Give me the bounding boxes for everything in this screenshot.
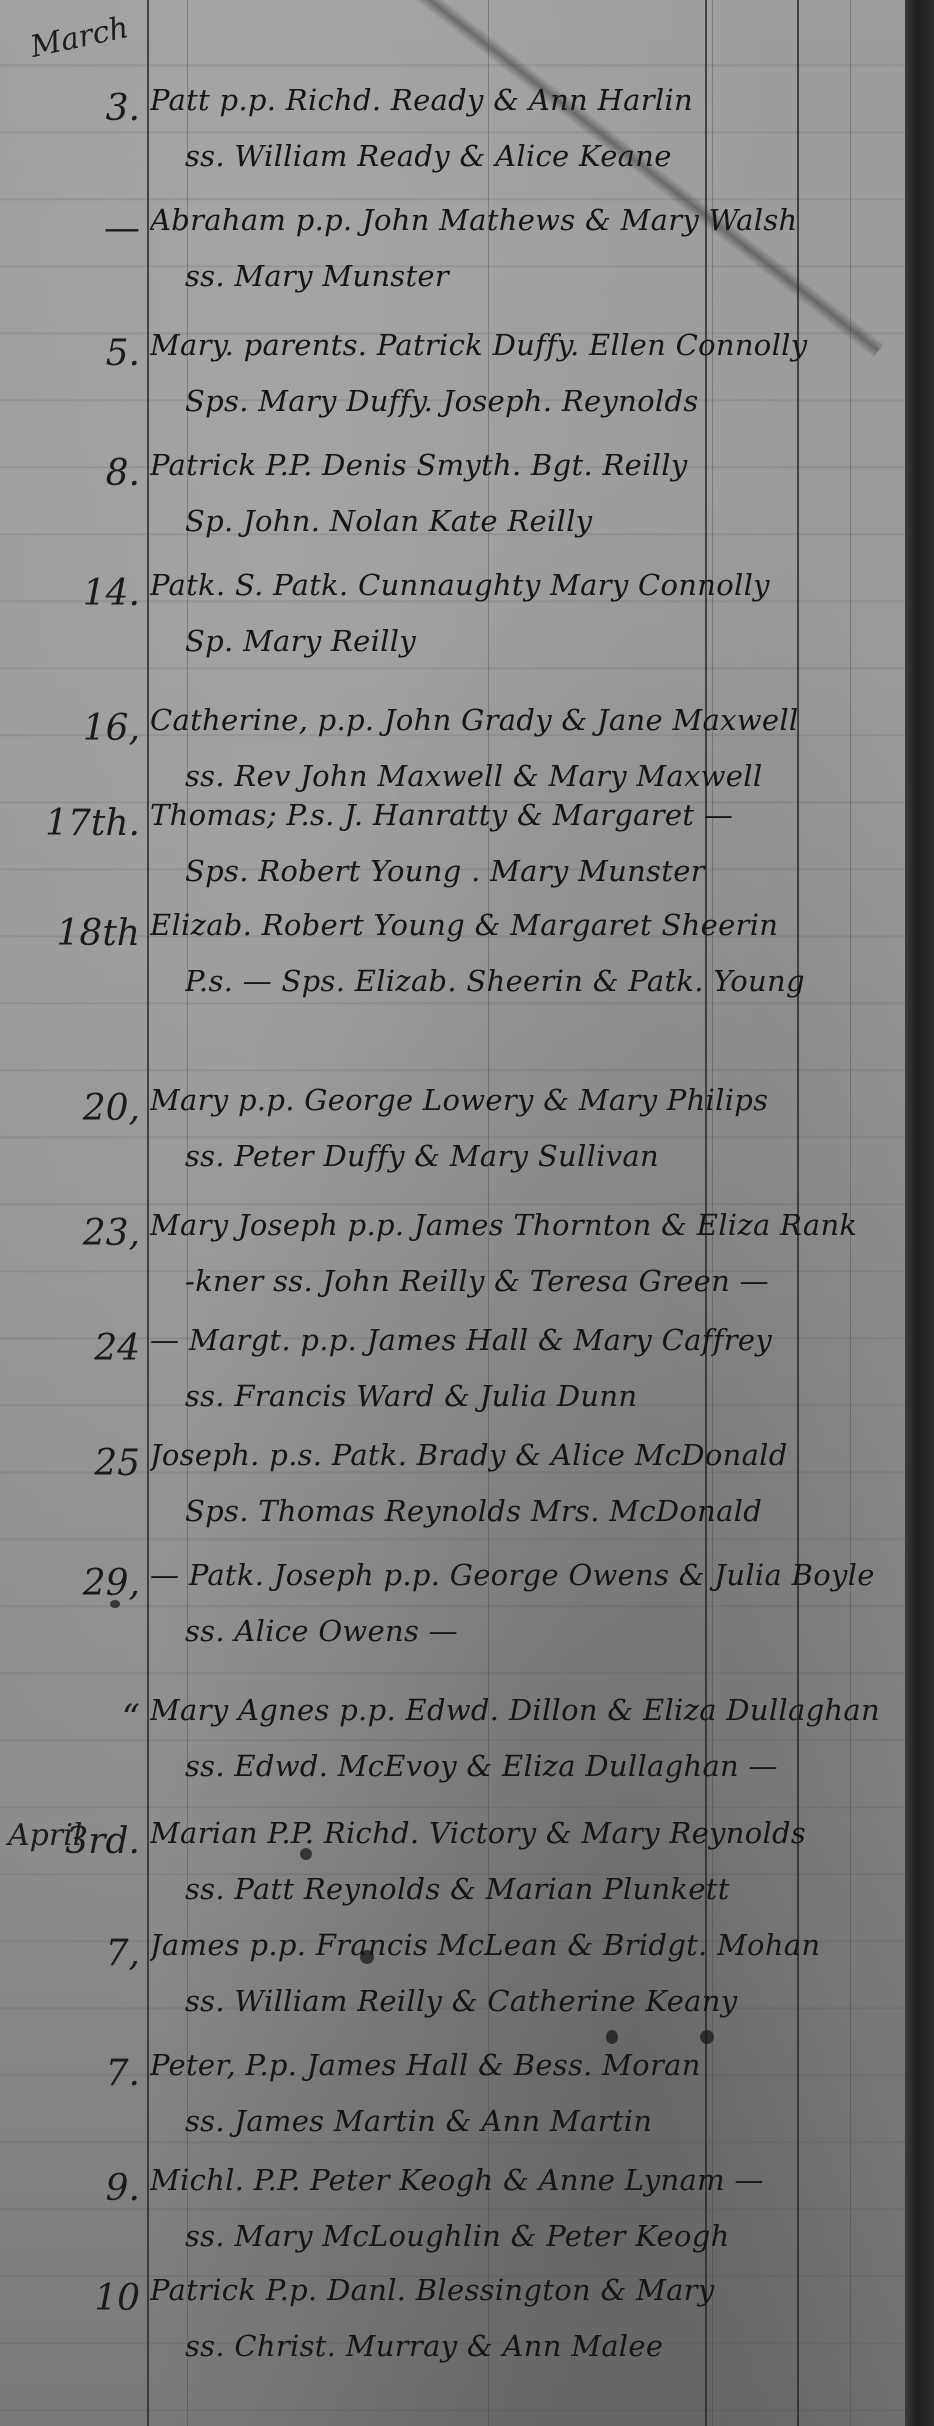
entry-baptism-line: — Patk. Joseph p.p. George Owens & Julia… bbox=[150, 1560, 895, 1592]
entry-baptism-line: Joseph. p.s. Patk. Brady & Alice McDonal… bbox=[150, 1440, 895, 1472]
entry-day: 8. bbox=[0, 456, 140, 492]
entry-sponsors-line: ss. Mary Munster bbox=[185, 261, 905, 293]
book-binding-edge bbox=[905, 0, 934, 2426]
entry-day: 23, bbox=[0, 1216, 140, 1252]
entry-baptism-line: Patrick P.p. Danl. Blessington & Mary bbox=[150, 2275, 895, 2307]
entry-sponsors-line: ss. Francis Ward & Julia Dunn bbox=[185, 1381, 905, 1413]
entry-day: 9. bbox=[0, 2171, 140, 2207]
entry-baptism-line: Patrick P.P. Denis Smyth. Bgt. Reilly bbox=[150, 450, 895, 482]
column-rule-date bbox=[147, 0, 149, 2426]
ink-blot bbox=[300, 1848, 312, 1860]
entry-day: 17th. bbox=[0, 806, 140, 842]
entry-sponsors-line: Sps. Mary Duffy. Joseph. Reynolds bbox=[185, 386, 905, 418]
entry-sponsors-line: ss. Rev John Maxwell & Mary Maxwell bbox=[185, 761, 905, 793]
ink-blot bbox=[360, 1950, 374, 1964]
entry-sponsors-line: Sp. John. Nolan Kate Reilly bbox=[185, 506, 905, 538]
entry-baptism-line: Patt p.p. Richd. Ready & Ann Harlin bbox=[150, 85, 895, 117]
entry-baptism-line: — Margt. p.p. James Hall & Mary Caffrey bbox=[150, 1325, 895, 1357]
entry-day: 29, bbox=[0, 1566, 140, 1602]
entry-day: 18th bbox=[0, 916, 140, 952]
entry-sponsors-line: ss. Alice Owens — bbox=[185, 1616, 905, 1648]
entry-sponsors-line: ss. Christ. Murray & Ann Malee bbox=[185, 2331, 905, 2363]
entry-baptism-line: Peter, P.p. James Hall & Bess. Moran bbox=[150, 2050, 895, 2082]
entry-day: “ bbox=[0, 1701, 140, 1737]
ink-blot bbox=[606, 2030, 618, 2044]
entry-sponsors-line: Sps. Thomas Reynolds Mrs. McDonald bbox=[185, 1496, 905, 1528]
entry-baptism-line: Patk. S. Patk. Cunnaughty Mary Connolly bbox=[150, 570, 895, 602]
entry-day: 10 bbox=[0, 2281, 140, 2317]
entry-baptism-line: Mary p.p. George Lowery & Mary Philips bbox=[150, 1085, 895, 1117]
entry-day: 7, bbox=[0, 1936, 140, 1972]
entry-sponsors-line: ss. William Ready & Alice Keane bbox=[185, 141, 905, 173]
entry-day: 20, bbox=[0, 1091, 140, 1127]
entry-baptism-line: Catherine, p.p. John Grady & Jane Maxwel… bbox=[150, 705, 895, 737]
entry-sponsors-line: P.s. — Sps. Elizab. Sheerin & Patk. Youn… bbox=[185, 966, 905, 998]
entry-baptism-line: James p.p. Francis McLean & Bridgt. Moha… bbox=[150, 1930, 895, 1962]
entry-day: 16, bbox=[0, 711, 140, 747]
paper-fold-crease bbox=[384, 0, 884, 358]
entry-sponsors-line: ss. Patt Reynolds & Marian Plunkett bbox=[185, 1874, 905, 1906]
entry-day: 7. bbox=[0, 2056, 140, 2092]
entry-baptism-line: Mary Agnes p.p. Edwd. Dillon & Eliza Dul… bbox=[150, 1695, 895, 1727]
entry-baptism-line: Marian P.P. Richd. Victory & Mary Reynol… bbox=[150, 1818, 895, 1850]
entry-baptism-line: Abraham p.p. John Mathews & Mary Walsh bbox=[150, 205, 895, 237]
ink-blot bbox=[110, 1600, 120, 1608]
entry-sponsors-line: ss. Edwd. McEvoy & Eliza Dullaghan — bbox=[185, 1751, 905, 1783]
entry-baptism-line: Michl. P.P. Peter Keogh & Anne Lynam — bbox=[150, 2165, 895, 2197]
entry-baptism-line: Elizab. Robert Young & Margaret Sheerin bbox=[150, 910, 895, 942]
entry-sponsors-line: ss. Mary McLoughlin & Peter Keogh bbox=[185, 2221, 905, 2253]
entry-day: 24 bbox=[0, 1331, 140, 1367]
entry-baptism-line: Mary. parents. Patrick Duffy. Ellen Conn… bbox=[150, 330, 895, 362]
entry-sponsors-line: Sp. Mary Reilly bbox=[185, 626, 905, 658]
entry-day: 14. bbox=[0, 576, 140, 612]
entry-day: 3. bbox=[0, 91, 140, 127]
entry-baptism-line: Thomas; P.s. J. Hanratty & Margaret — bbox=[150, 800, 895, 832]
entry-day: 25 bbox=[0, 1446, 140, 1482]
entry-day: 5. bbox=[0, 336, 140, 372]
entry-sponsors-line: ss. James Martin & Ann Martin bbox=[185, 2106, 905, 2138]
month-heading-march: March bbox=[27, 10, 131, 65]
entry-day: — bbox=[0, 211, 140, 247]
entry-sponsors-line: -kner ss. John Reilly & Teresa Green — bbox=[185, 1266, 905, 1298]
entry-sponsors-line: ss. William Reilly & Catherine Keany bbox=[185, 1986, 905, 2018]
entry-sponsors-line: Sps. Robert Young . Mary Munster bbox=[185, 856, 905, 888]
entry-baptism-line: Mary Joseph p.p. James Thornton & Eliza … bbox=[150, 1210, 895, 1242]
ink-blot bbox=[700, 2030, 714, 2044]
register-page: March April 3.Patt p.p. Richd. Ready & A… bbox=[0, 0, 905, 2426]
entry-sponsors-line: ss. Peter Duffy & Mary Sullivan bbox=[185, 1141, 905, 1173]
entry-day: 3rd. bbox=[0, 1824, 140, 1860]
